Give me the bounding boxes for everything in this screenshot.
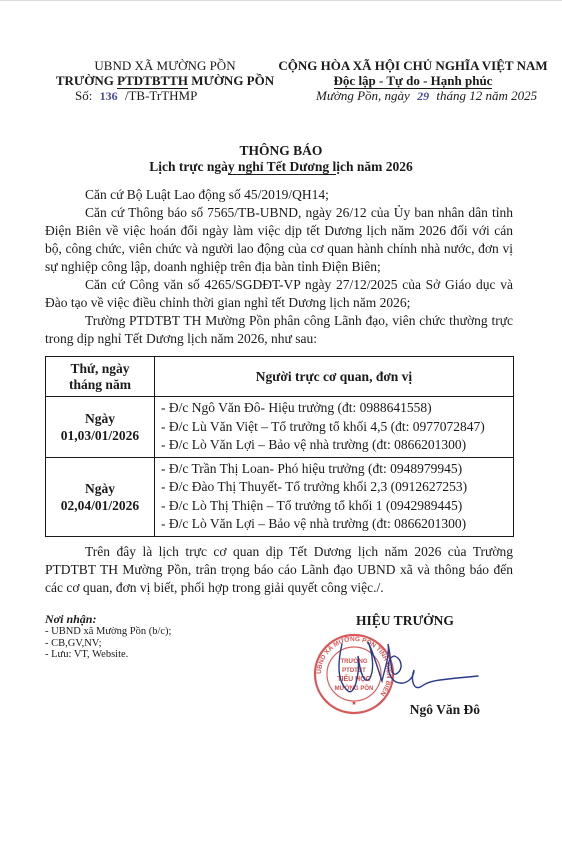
row-date: Ngày 02,04/01/2026 <box>46 457 155 536</box>
national-heading: CỘNG HÒA XÃ HỘI CHỦ NGHĨA VIỆT NAM Độc l… <box>268 58 558 89</box>
table-header-row: Thứ, ngày tháng năm Người trực cơ quan, … <box>46 357 514 397</box>
recipient-item: - Lưu: VT, Website. <box>45 649 171 661</box>
row-date: Ngày 01,03/01/2026 <box>46 397 155 458</box>
table-row: Ngày 01,03/01/2026 - Đ/c Ngô Văn Đô- Hiệ… <box>46 397 514 458</box>
school-name: TRƯỜNG PTDTBTTH MƯỜNG PỒN <box>40 73 290 88</box>
legal-basis-3: Căn cứ Công văn số 4265/SGDĐT-VP ngày 27… <box>45 276 513 312</box>
issuing-organization: UBND XÃ MƯỜNG PỒN TRƯỜNG PTDTBTTH MƯỜNG … <box>40 58 290 88</box>
issue-day: 29 <box>417 89 429 103</box>
title-subtitle: Lịch trực ngày nghỉ Tết Dương lịch năm 2… <box>0 159 562 175</box>
recipient-item: - UBND xã Mường Pồn (b/c); <box>45 626 171 638</box>
duty-person: - Đ/c Lò Văn Lợi – Bảo vệ nhà trường (đt… <box>161 436 513 455</box>
header-persons: Người trực cơ quan, đơn vị <box>155 357 514 397</box>
row-persons: - Đ/c Trần Thị Loan- Phó hiệu trưởng (đt… <box>155 457 514 536</box>
document-number-value: 136 <box>100 89 118 103</box>
duty-person: - Đ/c Lù Văn Việt – Tổ trưởng tổ khối 4,… <box>161 418 513 437</box>
document-body: Căn cứ Bộ Luật Lao động số 45/2019/QH14;… <box>45 186 513 348</box>
signer-name: Ngô Văn Đô <box>330 702 480 718</box>
document-number: Số: 136 /TB-TrTHMP <box>75 88 197 104</box>
closing-paragraph: Trên đây là lịch trực cơ quan dịp Tết Dư… <box>45 543 513 597</box>
duty-person: - Đ/c Ngô Văn Đô- Hiệu trưởng (đt: 09886… <box>161 399 513 418</box>
recipients-title: Nơi nhận: <box>45 613 171 626</box>
handwritten-signature-icon <box>330 636 480 706</box>
motto: Độc lập - Tự do - Hạnh phúc <box>334 74 493 89</box>
top-border <box>0 0 562 1</box>
recipient-item: - CB,GV,NV; <box>45 638 171 650</box>
issue-date: Mường Pồn, ngày 29 tháng 12 năm 2025 <box>316 88 537 104</box>
signer-position: HIỆU TRƯỞNG <box>330 613 480 629</box>
title-main: THÔNG BÁO <box>0 143 562 159</box>
country-name: CỘNG HÒA XÃ HỘI CHỦ NGHĨA VIỆT NAM <box>268 58 558 73</box>
header-date: Thứ, ngày tháng năm <box>46 357 155 397</box>
duty-person: - Đ/c Trần Thị Loan- Phó hiệu trưởng (đt… <box>161 460 513 479</box>
table-row: Ngày 02,04/01/2026 - Đ/c Trần Thị Loan- … <box>46 457 514 536</box>
duty-person: - Đ/c Lò Thị Thiện – Tổ trưởng tổ khối 1… <box>161 497 513 516</box>
duty-schedule-table: Thứ, ngày tháng năm Người trực cơ quan, … <box>45 356 514 537</box>
document-title: THÔNG BÁO Lịch trực ngày nghỉ Tết Dương … <box>0 143 562 175</box>
assignment-intro: Trường PTDTBT TH Mường Pồn phân công Lãn… <box>45 312 513 348</box>
legal-basis-2: Căn cứ Thông báo số 7565/TB-UBND, ngày 2… <box>45 204 513 276</box>
duty-person: - Đ/c Lò Văn Lợi – Bảo vệ nhà trường (đt… <box>161 515 513 534</box>
recipients-block: Nơi nhận: - UBND xã Mường Pồn (b/c); - C… <box>45 613 171 661</box>
row-persons: - Đ/c Ngô Văn Đô- Hiệu trưởng (đt: 09886… <box>155 397 514 458</box>
parent-organization: UBND XÃ MƯỜNG PỒN <box>40 58 290 73</box>
duty-person: - Đ/c Đào Thị Thuyết- Tổ trưởng khối 2,3… <box>161 478 513 497</box>
legal-basis-1: Căn cứ Bộ Luật Lao động số 45/2019/QH14; <box>45 186 513 204</box>
